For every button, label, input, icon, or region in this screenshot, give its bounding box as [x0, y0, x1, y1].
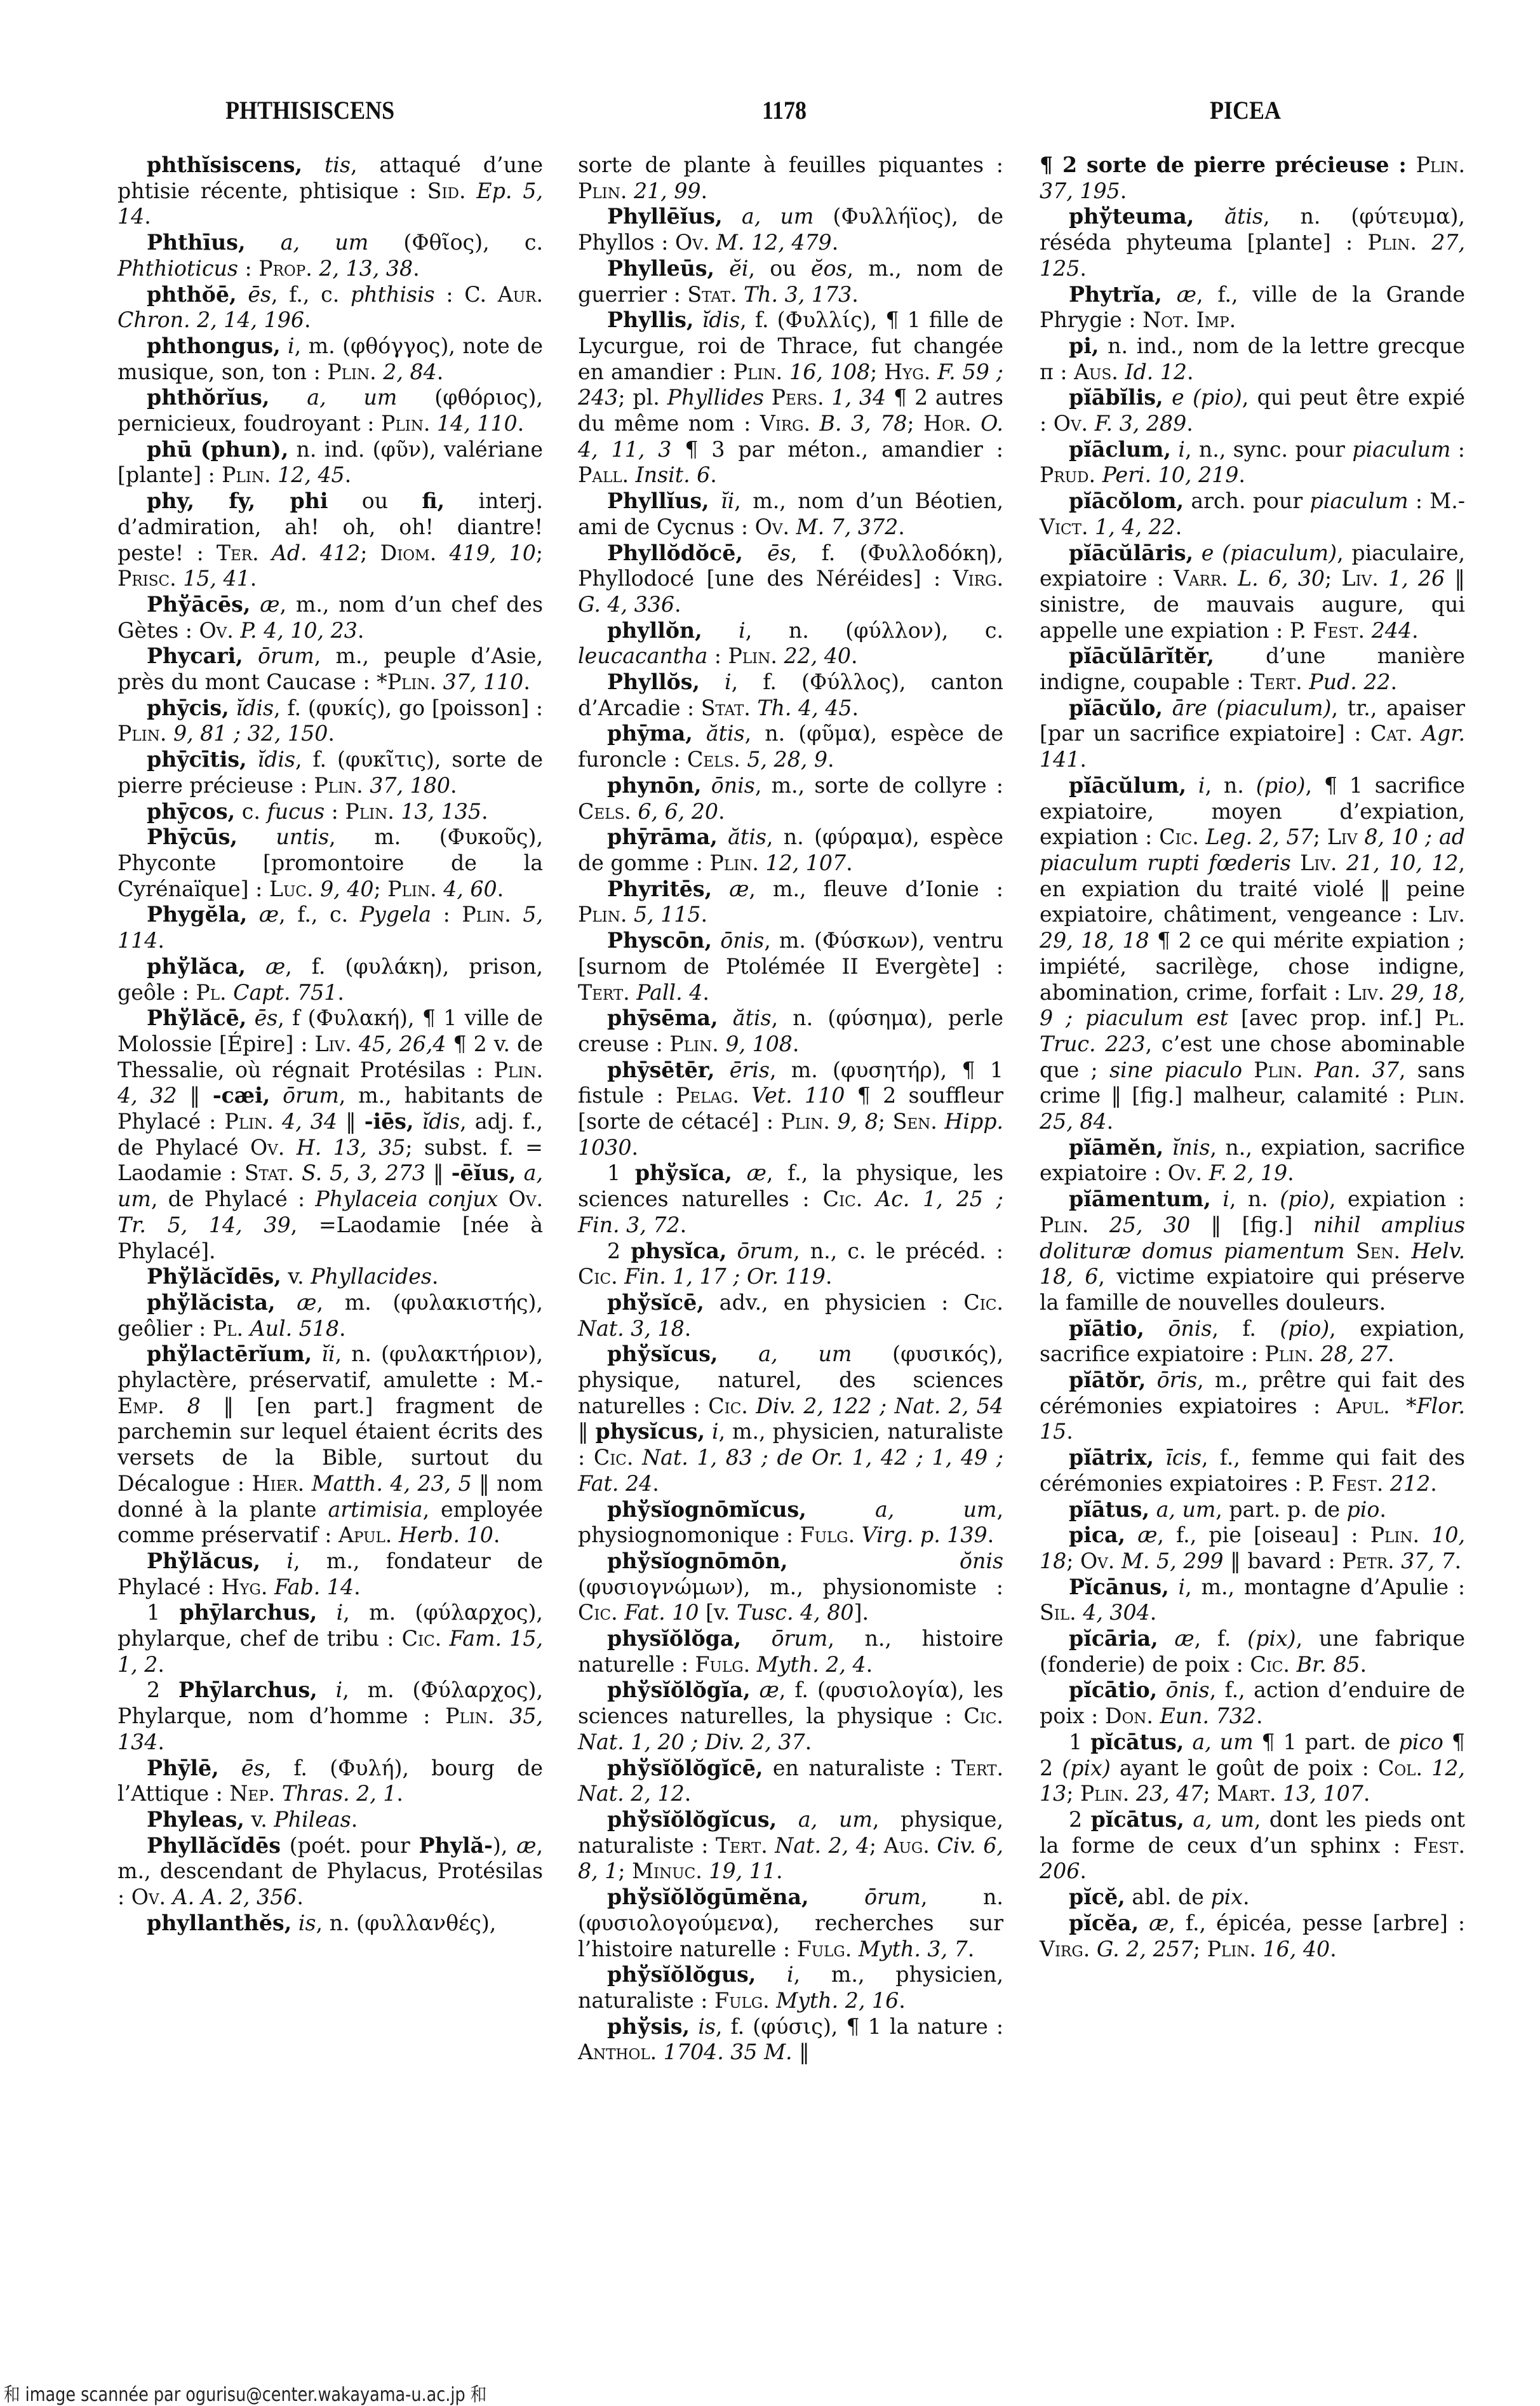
italic-text: 1, 4, 22 — [1095, 514, 1175, 539]
entry-text: . — [701, 178, 708, 203]
italic-text: 419, 10 — [449, 541, 535, 565]
entry-headword: phȳcos, — [147, 799, 235, 824]
author-abbreviation: Anthol. — [578, 2040, 657, 2064]
entry-headword: pĭācŭlārĭtĕr, — [1069, 643, 1214, 668]
italic-text: (pio) — [1280, 1186, 1329, 1211]
entry-text — [1344, 1239, 1355, 1263]
entry-text — [709, 230, 716, 255]
entry-text — [1228, 566, 1238, 591]
entry-text — [394, 799, 401, 824]
entry-text: . — [345, 462, 352, 487]
italic-text: piaculum — [1309, 488, 1408, 513]
entry-text — [1302, 669, 1309, 694]
entry-headword: physĭcus, — [596, 1419, 705, 1444]
italic-text: æ — [250, 592, 279, 617]
italic-text: Id. 12 — [1125, 360, 1187, 384]
dictionary-entry: pĭābĭlis, e (pio), qui peut être expié :… — [1040, 385, 1465, 436]
italic-text: a, um — [807, 1497, 997, 1522]
entry-headword: phўsĭŏlŏgūmĕna, — [607, 1885, 809, 1909]
italic-text: Myth. 2, 16 — [776, 1988, 899, 2013]
entry-text: , n. — [1205, 773, 1256, 798]
entry-text: . — [328, 721, 335, 746]
author-abbreviation: Plin. — [462, 902, 511, 927]
entry-text: ; — [618, 1858, 632, 1883]
entry-headword: Phȳlarchus, — [178, 1677, 318, 1702]
italic-text: 14, 110 — [437, 411, 518, 436]
author-abbreviation: Cic. — [594, 1445, 634, 1470]
entry-text: , m., montagne d’Apulie : — [1185, 1575, 1465, 1599]
author-abbreviation: Plin. — [445, 1704, 494, 1728]
italic-text: æ — [516, 1833, 536, 1858]
dictionary-entry: pĭāmentum, i, n. (pio), expiation : Plin… — [1040, 1186, 1465, 1316]
entry-headword: physĭŏlŏga, — [607, 1626, 741, 1651]
dictionary-entry: sorte de plante à feuilles piquantes : P… — [578, 152, 1003, 204]
entry-text — [294, 1160, 302, 1185]
entry-text: ; pl. — [618, 385, 667, 410]
entry-text: . — [358, 618, 365, 643]
entry-headword: pĭcātio, — [1069, 1677, 1157, 1702]
entry-headword: Physcōn, — [607, 928, 712, 953]
italic-text: Vet. 110 — [751, 1083, 845, 1108]
entry-headword: phȳcītis, — [147, 747, 247, 772]
entry-text — [1379, 566, 1388, 591]
entry-text: 2 — [1069, 1807, 1091, 1832]
italic-text: Insit. 6 — [636, 462, 711, 487]
dictionary-entry: ¶ 2 sorte de pierre précieuse : Plin. 37… — [1040, 152, 1465, 204]
italic-text: Nat. 2, 12 — [578, 1781, 685, 1806]
entry-text: . — [337, 980, 344, 1005]
entry-headword: Phycari, — [147, 643, 243, 668]
author-abbreviation: C. Aur. — [464, 282, 543, 307]
italic-text: ătis — [718, 824, 767, 849]
entry-text: . — [718, 799, 725, 824]
entry-headword: phўsĭŏlŏgĭcus, — [607, 1807, 777, 1832]
italic-text: F. 3, 289 — [1095, 411, 1187, 436]
entry-text: , m., fleuve d’Ionie : — [749, 877, 1003, 901]
italic-text: æ — [1139, 1911, 1168, 1935]
italic-text: ĭnis — [1163, 1135, 1210, 1160]
author-abbreviation: Plin. — [1265, 1341, 1314, 1366]
italic-text: fucus — [267, 799, 325, 824]
author-abbreviation: Diom. — [380, 541, 437, 565]
dictionary-entry: pĭātio, ōnis, f. (pio), expiation, sacri… — [1040, 1316, 1465, 1368]
entry-text — [930, 1833, 937, 1858]
author-abbreviation: Sen. — [893, 1109, 937, 1134]
italic-text: 28, 27 — [1320, 1341, 1388, 1366]
italic-text: leucacantha — [578, 643, 707, 668]
entry-text — [1242, 1058, 1254, 1082]
italic-text: 21, 99 — [634, 178, 701, 203]
entry-text — [304, 1471, 311, 1496]
entry-text: . — [1388, 1341, 1395, 1366]
author-abbreviation: Ov. — [1168, 1160, 1202, 1185]
italic-text: 9, 8 — [838, 1109, 878, 1134]
author-abbreviation: Sen. — [1356, 1239, 1400, 1263]
entry-text: . — [523, 669, 530, 694]
italic-text: M. 5, 299 — [1122, 1549, 1224, 1573]
italic-text: G. 4, 336 — [578, 592, 674, 617]
entry-text — [1276, 1781, 1283, 1806]
entry-headword: pĭābĭlis, — [1069, 385, 1163, 410]
author-abbreviation: Pl. — [196, 980, 226, 1005]
entry-text: . — [157, 1652, 164, 1677]
entry-text — [1291, 850, 1300, 875]
entry-text: ; — [360, 541, 367, 565]
italic-text: Myth. 3, 7 — [859, 1937, 968, 1961]
italic-text: (pix) — [1062, 1756, 1110, 1780]
italic-text: (pio) — [1256, 773, 1306, 798]
author-abbreviation: Fulg. — [695, 1652, 751, 1677]
italic-text: Thras. 2, 1 — [282, 1781, 397, 1806]
dictionary-entry: phȳsēma, ătis, n. (φύσημα), perle creuse… — [578, 1005, 1003, 1057]
entry-headword: phū (phun), — [147, 437, 288, 462]
author-abbreviation: Ov. — [755, 514, 789, 539]
italic-text: F. 2, 19 — [1209, 1160, 1287, 1185]
author-abbreviation: Pl. — [213, 1316, 243, 1341]
entry-text — [243, 1316, 250, 1341]
italic-text: Pud. 22 — [1309, 669, 1390, 694]
italic-text: Leg. 2, 57 — [1206, 824, 1313, 849]
entry-headword: phyllŏn, — [607, 618, 702, 643]
dictionary-entry: pica, æ, f., pie [oiseau] : Plin. 10, 18… — [1040, 1522, 1465, 1574]
entry-text: ‖ [fig.] — [1190, 1213, 1313, 1237]
author-abbreviation: Plin. — [224, 1109, 273, 1134]
italic-text: ēs — [219, 1756, 265, 1780]
dictionary-entry: phthŏē, ēs, f., c. phthisis : C. Aur. Ch… — [117, 282, 543, 333]
author-abbreviation: Virg. — [953, 566, 1003, 591]
author-abbreviation: Don. — [1105, 1704, 1153, 1728]
italic-text: æ — [276, 1290, 317, 1315]
author-abbreviation: Fulg. — [800, 1522, 855, 1547]
author-abbreviation: Petr. — [1342, 1549, 1394, 1573]
italic-text: Nat. 1, 20 ; Div. 2, 37 — [578, 1730, 805, 1754]
entry-headword: phўteuma, — [1069, 204, 1194, 229]
italic-text: a, um — [1184, 1807, 1254, 1832]
italic-text: i — [318, 1677, 343, 1702]
dictionary-entry: Phycari, ōrum, m., peuple d’Asie, près d… — [117, 643, 543, 695]
dictionary-entry: phўsĭŏlŏgus, i, m., physicien, naturalis… — [578, 1962, 1003, 2013]
author-abbreviation: Stat. — [701, 696, 751, 720]
author-abbreviation: Virg. — [760, 411, 810, 436]
italic-text: 16, 108 — [789, 360, 870, 384]
entry-text — [633, 1445, 642, 1470]
dictionary-entry: phȳcītis, ĭdis, f. (φυκῖτις), sorte de p… — [117, 747, 543, 798]
dictionary-entry: Physcōn, ōnis, m. (Φύσκων), ventru [surn… — [578, 928, 1003, 1005]
dictionary-entry: physĭŏlŏga, ōrum, n., histoire naturelle… — [578, 1626, 1003, 1677]
italic-text: artimisia — [328, 1497, 422, 1522]
entry-headword: phȳma, — [607, 721, 693, 746]
entry-text: . — [1080, 256, 1087, 281]
author-abbreviation: Cic. — [823, 1186, 863, 1211]
entry-text: 2 — [147, 1677, 178, 1702]
entry-text — [166, 721, 173, 746]
entry-text: . — [793, 1032, 800, 1056]
italic-text: H. 13, 35 — [297, 1135, 405, 1160]
author-abbreviation: Liv — [1327, 824, 1358, 849]
dictionary-entry: phўlăca, æ, f. (φυλάκη), prison, geôle :… — [117, 954, 543, 1005]
entry-headword: Phyllŏs, — [607, 669, 700, 694]
entry-text: . — [432, 1264, 439, 1289]
author-abbreviation: Liv. — [1428, 902, 1465, 927]
italic-text: Truc. 223 — [1040, 1032, 1146, 1056]
italic-text: 2, 84 — [383, 360, 436, 384]
entry-text: sorte de plante à feuilles piquantes : — [578, 152, 1003, 177]
author-abbreviation: Apul. — [1336, 1394, 1389, 1418]
italic-text: Nat. 1, 83 ; de Or. 1, 42 ; 1, 49 ; Fat.… — [578, 1445, 1003, 1496]
entry-text — [748, 1394, 756, 1418]
entry-headword: phўsĭŏlŏgĭcē, — [607, 1756, 763, 1780]
italic-text: ōrum — [741, 1626, 827, 1651]
italic-text: Fat. 10 — [624, 1600, 699, 1625]
entry-text: . — [631, 1135, 638, 1160]
entry-text — [782, 360, 789, 384]
entry-text: ‖ — [578, 1419, 596, 1444]
author-abbreviation: Luc. — [269, 877, 314, 901]
entry-text: . — [776, 1858, 783, 1883]
italic-text: Br. 85 — [1297, 1652, 1360, 1677]
dictionary-entry: phўsĭŏlŏgĭcus, a, um, physique, naturali… — [578, 1807, 1003, 1885]
entry-headword: phўsĭcus, — [607, 1341, 718, 1366]
entry-text — [824, 385, 832, 410]
italic-text: is — [291, 1911, 316, 1935]
page-number: 1178 — [762, 95, 807, 125]
italic-text: 37, 195 — [1040, 178, 1120, 203]
entry-text — [494, 1704, 509, 1728]
entry-text: , f. (φυκίς), go [poisson] : — [274, 696, 543, 720]
entry-text: . — [1066, 1419, 1073, 1444]
entry-text: , n. — [1229, 1186, 1280, 1211]
author-abbreviation: Pers. — [772, 385, 824, 410]
entry-text: : — [1409, 488, 1430, 513]
entry-text: . — [680, 1213, 687, 1237]
italic-text: ōnis — [702, 773, 755, 798]
entry-text: . — [701, 902, 708, 927]
entry-text: . — [832, 230, 839, 255]
italic-text: Capt. 751 — [233, 980, 337, 1005]
italic-text: i — [260, 1549, 293, 1573]
italic-text: i — [281, 333, 295, 358]
entry-text — [1090, 1937, 1097, 1961]
entry-text: . — [351, 1807, 358, 1832]
italic-text: pio — [1347, 1497, 1380, 1522]
entry-text: . — [1175, 514, 1182, 539]
author-abbreviation: Cic. — [1250, 1652, 1290, 1677]
entry-text: . — [1107, 1109, 1114, 1134]
italic-text: 212 — [1390, 1471, 1430, 1496]
author-abbreviation: Cels. — [578, 799, 631, 824]
italic-text: Phyllacides — [311, 1264, 432, 1289]
italic-text: a, um — [1184, 1730, 1253, 1754]
entry-text: . — [710, 462, 717, 487]
author-abbreviation: Minuc. — [632, 1858, 702, 1883]
dictionary-entry: Phytrĭa, æ, f., ville de la Grande Phryg… — [1040, 282, 1465, 333]
author-abbreviation: Cic. — [578, 1264, 618, 1289]
entry-text: ; — [1066, 1549, 1080, 1573]
dictionary-entry: phȳcos, c. fucus : Plin. 13, 135. — [117, 799, 543, 825]
entry-text: . — [250, 566, 257, 591]
author-abbreviation: Liv. — [315, 1032, 352, 1056]
entry-text: . — [1391, 669, 1398, 694]
author-abbreviation: Col. — [1378, 1756, 1423, 1780]
author-abbreviation: Plin. — [1416, 1083, 1465, 1108]
italic-text: æ — [751, 1677, 779, 1702]
italic-text: æ — [1162, 282, 1196, 307]
entry-text: ¶ 3 par méton., amandier : — [671, 437, 1003, 462]
italic-text: ătis — [1194, 204, 1263, 229]
entry-text — [363, 773, 370, 798]
author-abbreviation: P. Fest. — [1308, 1471, 1383, 1496]
italic-text: 8 — [187, 1394, 201, 1418]
entry-text — [719, 1032, 726, 1056]
dictionary-entry: 1 phўsĭca, æ, f., la physique, les scien… — [578, 1160, 1003, 1238]
italic-text: P. 4, 10, 23 — [240, 618, 357, 643]
entry-headword: pĭcĕ, — [1069, 1885, 1125, 1909]
entry-text: . — [685, 1781, 692, 1806]
entry-headword: pĭācŭlo, — [1069, 696, 1163, 720]
italic-text: ĭdis — [229, 696, 274, 720]
italic-text: 25, 30 — [1109, 1213, 1190, 1237]
author-abbreviation: Stat. — [244, 1160, 294, 1185]
italic-text: ĭi — [709, 488, 735, 513]
italic-text: 1, 26 — [1388, 566, 1445, 591]
entry-text: : — [435, 282, 465, 307]
entry-text — [166, 1885, 173, 1909]
dictionary-entry: phy, fy, phi ou fi, interj. d’admiration… — [117, 488, 543, 592]
author-abbreviation: Cic. — [963, 1704, 1003, 1728]
dictionary-column-3: ¶ 2 sorte de pierre précieuse : Plin. 37… — [1040, 152, 1465, 1962]
author-abbreviation: Plin. — [733, 360, 782, 384]
entry-text — [750, 1652, 757, 1677]
dictionary-entry: phȳsētēr, ēris, m. (φυσητήρ), ¶ 1 fistul… — [578, 1058, 1003, 1161]
entry-headword: Phyllis, — [607, 307, 693, 332]
entry-text: 1 — [147, 1600, 179, 1625]
author-abbreviation: Stat. — [687, 282, 737, 307]
italic-text: 23, 47 — [1136, 1781, 1203, 1806]
entry-text — [1095, 462, 1102, 487]
dictionary-entry: phўsĭcus, a, um (φυσικός), physique, nat… — [578, 1341, 1003, 1496]
entry-text — [1256, 1937, 1263, 1961]
italic-text: 1, 34 — [831, 385, 886, 410]
author-abbreviation: Fulg. — [797, 1937, 852, 1961]
italic-text: ōnis — [712, 928, 764, 953]
author-abbreviation: Tert. — [951, 1756, 1003, 1780]
italic-text: i — [1186, 773, 1205, 798]
entry-text — [1395, 1549, 1402, 1573]
author-abbreviation: Pelag. — [676, 1083, 739, 1108]
entry-text — [737, 282, 744, 307]
italic-text: Aul. 518 — [250, 1316, 339, 1341]
entry-text: : — [707, 643, 728, 668]
entry-text — [430, 411, 437, 436]
italic-text: e (pio) — [1163, 385, 1242, 410]
italic-text: (pio) — [1280, 1316, 1329, 1341]
entry-text — [789, 514, 796, 539]
italic-text: Herb. 10 — [399, 1522, 493, 1547]
entry-text: . — [898, 514, 905, 539]
entry-headword: pĭātŏr, — [1069, 1368, 1146, 1392]
dictionary-entry: 2 physĭca, ōrum, n., c. le précéd. : Cic… — [578, 1239, 1003, 1290]
entry-text: ; — [907, 411, 923, 436]
italic-text: 22, 40 — [784, 643, 851, 668]
entry-text: arch. pour — [1184, 488, 1309, 513]
italic-text: a, um — [269, 385, 397, 410]
author-abbreviation: Plin. — [1207, 1937, 1256, 1961]
italic-text: Nat. 2, 4 — [775, 1833, 869, 1858]
entry-text: . — [297, 1885, 304, 1909]
italic-text: ōnis — [1144, 1316, 1212, 1341]
entry-text: . — [518, 411, 525, 436]
author-abbreviation: Apul. — [338, 1522, 392, 1547]
entry-text: . — [497, 877, 504, 901]
italic-text: 19, 11 — [709, 1858, 776, 1883]
dictionary-entry: phўteuma, ătis, n. (φύτευμα), réséda phy… — [1040, 204, 1465, 281]
italic-text: ŏnis — [787, 1549, 1003, 1573]
entry-text: . — [304, 307, 311, 332]
author-abbreviation: Ov. — [131, 1885, 166, 1909]
italic-text: ōrum — [726, 1239, 793, 1263]
entry-text: . — [1256, 1704, 1263, 1728]
entry-text — [1202, 1160, 1209, 1185]
author-abbreviation: Plin. — [387, 877, 436, 901]
italic-text: pix — [1210, 1885, 1243, 1909]
entry-text: . — [1287, 1160, 1294, 1185]
author-abbreviation: Sil. — [1040, 1600, 1076, 1625]
dictionary-entry: phyllanthĕs, is, n. (φυλλανθές), — [117, 1911, 543, 1937]
dictionary-entry: Phyllēĭus, a, um (Φυλλήϊος), de Phyllos … — [578, 204, 1003, 255]
entry-text: ¶ 2 sorte de pierre précieuse : — [1040, 152, 1416, 177]
entry-text: , f., pie [oiseau] : — [1157, 1522, 1370, 1547]
dictionary-entry: phўlactērĭum, ĭi, n. (φυλακτήριον), phyl… — [117, 1341, 543, 1549]
entry-headword: phўsĭcē, — [607, 1290, 704, 1315]
entry-headword: pĭcātus, — [1090, 1730, 1184, 1754]
author-abbreviation: Aus. — [1074, 360, 1118, 384]
entry-text — [441, 1626, 449, 1651]
entry-text — [751, 696, 758, 720]
author-abbreviation: Plin. — [494, 1058, 543, 1082]
author-abbreviation: Pl. — [1435, 1005, 1465, 1030]
italic-text: 4, 34 — [282, 1109, 337, 1134]
italic-text: 9, 81 ; 32, 150 — [173, 721, 328, 746]
dictionary-column-2: sorte de plante à feuilles piquantes : P… — [578, 152, 1003, 2066]
italic-text: e (piaculum) — [1193, 541, 1337, 565]
entry-text: ; — [1066, 1781, 1080, 1806]
italic-text: 45, 26,4 — [359, 1032, 446, 1056]
dictionary-entry: phȳcis, ĭdis, f. (φυκίς), go [poisson] :… — [117, 696, 543, 747]
entry-headword: phyllanthĕs, — [147, 1911, 291, 1935]
entry-text — [1417, 230, 1431, 255]
entry-text: ‖ — [793, 2040, 810, 2064]
italic-text: 5, 28, 9 — [747, 747, 827, 772]
entry-text — [764, 385, 772, 410]
entry-text: ; — [536, 541, 543, 565]
entry-text: 2 — [607, 1239, 631, 1263]
entry-text — [1314, 1341, 1321, 1366]
dictionary-entry: pĭācŭlāris, e (piaculum), piaculaire, ex… — [1040, 541, 1465, 644]
italic-text: 25, 84 — [1040, 1109, 1107, 1134]
author-abbreviation: Virg. — [1040, 1937, 1090, 1961]
dictionary-entry: phthongus, i, m. (φθόγγος), note de musi… — [117, 333, 543, 385]
entry-text: ou — [328, 488, 422, 513]
dictionary-entry: Phўācēs, æ, m., nom d’un chef des Gètes … — [117, 592, 543, 643]
entry-text: v. — [281, 1264, 311, 1289]
italic-text: īcis — [1154, 1445, 1202, 1470]
entry-text: ‖ bavard : — [1224, 1549, 1342, 1573]
italic-text: Chron. 2, 14, 196 — [117, 307, 304, 332]
entry-text — [1303, 1058, 1315, 1082]
dictionary-entry: pĭātŏr, ōris, m., prêtre qui fait des cé… — [1040, 1368, 1465, 1445]
entry-text: . — [481, 799, 488, 824]
entry-headword: pĭācŏlom, — [1069, 488, 1184, 513]
